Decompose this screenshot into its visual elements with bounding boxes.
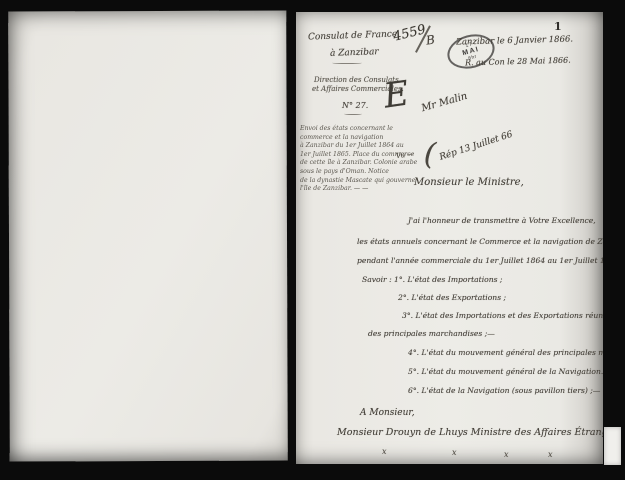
- flourish-underline: [332, 61, 362, 64]
- body-line: des principales marchandises ;—: [368, 330, 495, 338]
- margin-summary-line: sous le pays d'Oman. Notice: [300, 168, 389, 175]
- consulate-heading-line1: Consulat de France: [308, 30, 398, 42]
- dateline: Zanzibar le 6 Janvier 1866.: [456, 35, 573, 47]
- body-line: 2°. L'état des Exportations ;: [398, 294, 506, 302]
- fold-mark: x: [504, 451, 509, 459]
- body-line: Savoir : 1°. L'état des Importations ;: [362, 276, 502, 284]
- number-underline: [344, 112, 362, 115]
- fold-mark: x: [382, 448, 387, 456]
- body-line: 6°. L'état de la Navigation (sous pavill…: [408, 387, 600, 395]
- margin-summary-line: l'île de Zanzibar. — —: [300, 185, 368, 192]
- body-line: les états annuels concernant le Commerce…: [357, 238, 603, 246]
- fold-mark: x: [452, 449, 457, 457]
- page-number: 1: [554, 20, 562, 33]
- reply-note: Rép 13 Juillet 66: [439, 131, 514, 163]
- right-manuscript-page: 1 Consulat de France à Zanzibar Directio…: [296, 12, 603, 464]
- margin-summary-line: à Zanzibar du 1er Juillet 1864 au: [300, 142, 404, 149]
- scanned-document: 1 Consulat de France à Zanzibar Directio…: [0, 0, 625, 480]
- salutation: Monsieur le Ministre,: [414, 178, 524, 188]
- margin-summary-line: Envoi des états concernant le: [300, 125, 393, 132]
- paraph-initial: B: [425, 33, 435, 46]
- dispatch-number: N° 27.: [342, 102, 368, 110]
- clerk-note: Mr Malin: [421, 92, 469, 115]
- body-line: 5°. L'état du mouvement général de la Na…: [408, 368, 603, 376]
- left-blank-page: [8, 11, 288, 462]
- consulate-heading-line2: à Zanzibar: [330, 48, 379, 59]
- address-line2: Monsieur Drouyn de Lhuys Ministre des Af…: [337, 428, 603, 438]
- margin-summary-line: de la dynastie Mascate qui gouverne: [300, 177, 415, 184]
- address-line1: A Monsieur,: [360, 409, 415, 418]
- margin-summary-line: commerce et la navigation: [300, 134, 383, 141]
- underlying-page-corner: [604, 427, 621, 465]
- body-line: 4°. L'état du mouvement général des prin…: [408, 349, 603, 357]
- flourish-initial: E: [382, 76, 411, 113]
- fold-mark: x: [548, 451, 553, 459]
- body-line: J'ai l'honneur de transmettre à Votre Ex…: [408, 217, 596, 225]
- body-line: pendant l'année commerciale du 1er Juill…: [357, 257, 603, 265]
- received-note: R. au Con le 28 Mai 1866.: [465, 57, 571, 68]
- margin-summary-line: de cette île à Zanzibar. Colonie arabe: [300, 159, 417, 166]
- body-line: 3°. L'état des Importations et des Expor…: [402, 312, 603, 320]
- reply-bracket: (: [423, 140, 437, 171]
